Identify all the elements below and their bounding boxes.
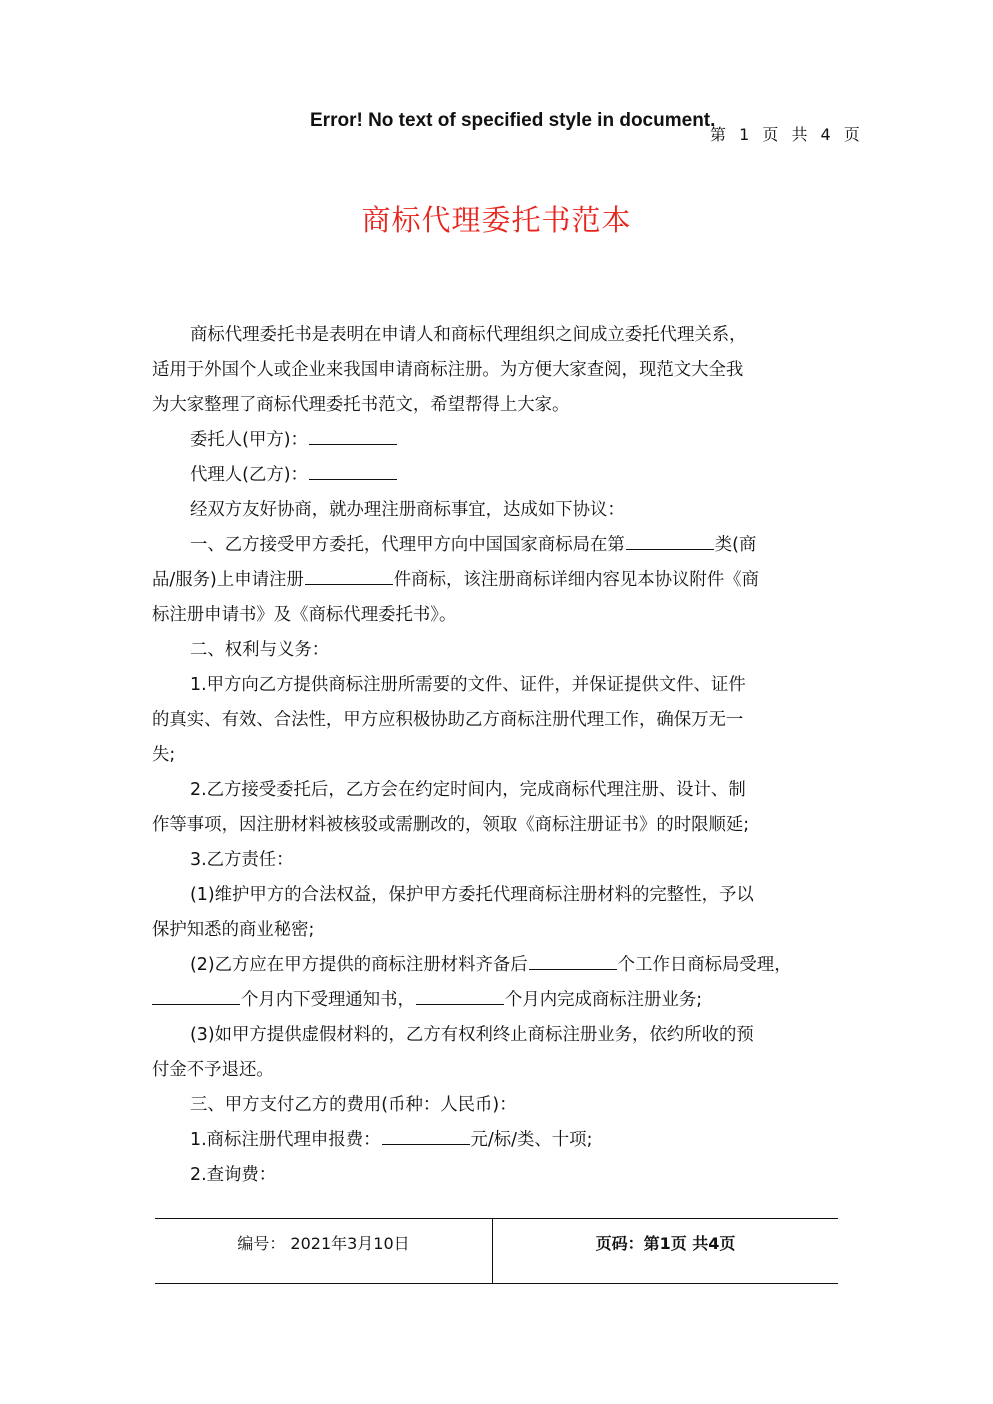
sub1-line: (1)维护甲方的合法权益，保护甲方委托代理商标注册材料的完整性，予以 (152, 878, 842, 913)
clause2-item1-line: 1.甲方向乙方提供商标注册所需要的文件、证件，并保证提供文件、证件 (152, 668, 842, 703)
sub2-text: 个工作日商标局受理， (618, 955, 792, 975)
clause2-item1-line: 的真实、有效、合法性，甲方应积极协助乙方商标注册代理工作，确保万无一 (152, 703, 842, 738)
header-error-text: Error! No text of specified style in doc… (310, 110, 715, 132)
clause2-heading: 二、权利与义务： (152, 633, 842, 668)
notice-months-blank[interactable] (152, 986, 240, 1005)
party-b-blank[interactable] (309, 461, 397, 480)
party-b-line: 代理人(乙方)： (152, 458, 842, 493)
sub3-line: (3)如甲方提供虚假材料的，乙方有权利终止商标注册业务，依约所收的预 (152, 1018, 842, 1053)
clause3-heading: 三、甲方支付乙方的费用(币种：人民币)： (152, 1088, 842, 1123)
clause3-text: 1.商标注册代理申报费： (190, 1130, 381, 1150)
completion-months-blank[interactable] (416, 986, 504, 1005)
clause2-item3-heading: 3.乙方责任： (152, 843, 842, 878)
document-body: 商标代理委托书是表明在申请人和商标代理组织之间成立委托代理关系， 适用于外国个人… (152, 318, 842, 1193)
clause1-line: 标注册申请书》及《商标代理委托书》。 (152, 598, 842, 633)
clause2-item2-line: 2.乙方接受委托后，乙方会在约定时间内，完成商标代理注册、设计、制 (152, 773, 842, 808)
fee-amount-blank[interactable] (382, 1126, 470, 1145)
header-page-indicator: 第 1 页 共 4 页 (710, 122, 862, 145)
sub1-line: 保护知悉的商业秘密; (152, 913, 842, 948)
clause1-line: 品/服务)上申请注册件商标，该注册商标详细内容见本协议附件《商 (152, 563, 842, 598)
party-a-blank[interactable] (309, 426, 397, 445)
clause1-text: 一、乙方接受甲方委托，代理甲方向中国国家商标局在第 (190, 535, 625, 555)
class-number-blank[interactable] (626, 531, 714, 550)
sub2-text: (2)乙方应在甲方提供的商标注册材料齐备后 (190, 955, 528, 975)
sub2-text: 个月内完成商标注册业务; (505, 990, 702, 1010)
clause2-item2-line: 作等事项，因注册材料被核驳或需删改的，领取《商标注册证书》的时限顺延; (152, 808, 842, 843)
sub2-text: 个月内下受理通知书， (241, 990, 415, 1010)
clause1-text: 类(商 (715, 535, 757, 555)
document-page: Error! No text of specified style in doc… (0, 0, 993, 1404)
clause3-item1: 1.商标注册代理申报费：元/标/类、十项; (152, 1123, 842, 1158)
clause1-line: 一、乙方接受甲方委托，代理甲方向中国国家商标局在第类(商 (152, 528, 842, 563)
clause1-text: 件商标，该注册商标详细内容见本协议附件《商 (394, 570, 759, 590)
party-a-label: 委托人(甲方)： (190, 430, 308, 450)
agreement-intro: 经双方友好协商，就办理注册商标事宜，达成如下协议： (152, 493, 842, 528)
intro-line: 适用于外国个人或企业来我国申请商标注册。为方便大家查阅，现范文大全我 (152, 353, 842, 388)
party-b-label: 代理人(乙方)： (190, 465, 308, 485)
sub3-line: 付金不予退还。 (152, 1053, 842, 1088)
document-title: 商标代理委托书范本 (0, 198, 993, 239)
clause1-text: 品/服务)上申请注册 (152, 570, 304, 590)
intro-line: 为大家整理了商标代理委托书范文，希望帮得上大家。 (152, 388, 842, 423)
clause2-item1-line: 失; (152, 738, 842, 773)
intro-line: 商标代理委托书是表明在申请人和商标代理组织之间成立委托代理关系， (152, 318, 842, 353)
footer-page-number: 页码：第1页 共4页 (493, 1219, 838, 1283)
sub2-line: (2)乙方应在甲方提供的商标注册材料齐备后个工作日商标局受理， (152, 948, 842, 983)
trademark-count-blank[interactable] (305, 566, 393, 585)
page-footer-table: 编号： 2021年3月10日 页码：第1页 共4页 (155, 1218, 838, 1284)
clause3-text: 元/标/类、十项; (471, 1130, 593, 1150)
party-a-line: 委托人(甲方)： (152, 423, 842, 458)
footer-serial-date: 编号： 2021年3月10日 (155, 1219, 493, 1283)
workdays-blank[interactable] (529, 951, 617, 970)
clause3-item2: 2.查询费： (152, 1158, 842, 1193)
sub2-line: 个月内下受理通知书，个月内完成商标注册业务; (152, 983, 842, 1018)
